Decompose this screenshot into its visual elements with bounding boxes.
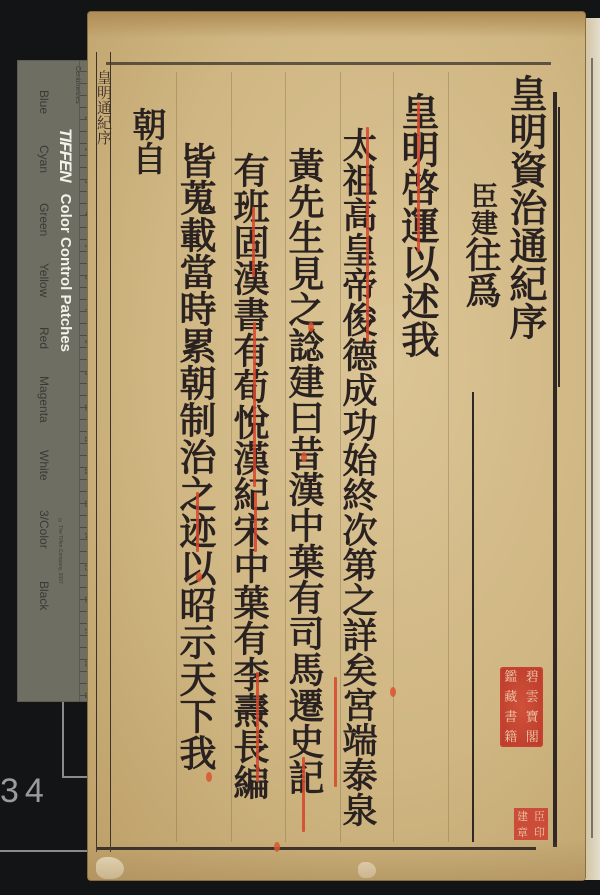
red-annotation-line: [252, 207, 255, 277]
collector-seal-large: 鑑 碧 藏 雲 書 寶 籍 閣: [500, 667, 543, 747]
patch-labels: Blue Cyan Green Yellow Red Magenta White…: [37, 90, 51, 610]
text-column-5: 皆蒐載當時累朝制治之迹以昭示天下我: [176, 142, 213, 771]
spine-column-border: [96, 52, 97, 852]
patch-label-magenta: Magenta: [37, 376, 51, 423]
preface-title: 皇明資治通紀序: [506, 74, 544, 340]
patch-label-blue: Blue: [37, 90, 51, 114]
spine-column-border: [110, 52, 111, 852]
author-name: 往爲: [460, 236, 502, 308]
text-column-4: 有班固漢書有荀悅漢紀宋中葉有李燾長編: [231, 152, 267, 800]
red-punctuation-dot: [274, 842, 280, 852]
red-annotation-line: [253, 322, 256, 487]
red-annotation-line: [417, 102, 420, 252]
seal-char: 印: [531, 824, 548, 840]
seal-char: 臣: [531, 808, 548, 824]
book-page: 皇明通紀序 皇明資治通紀序 臣建往爲 皇明啓運以述我 太祖高皇帝俊德成功始終次第…: [88, 12, 585, 880]
seal-char: 籍: [500, 727, 522, 747]
seal-char: 碧: [522, 667, 544, 687]
red-punctuation-dot: [308, 322, 314, 332]
seal-char: 章: [514, 824, 531, 840]
red-annotation-line: [254, 492, 257, 552]
patch-label-black: Black: [37, 581, 51, 610]
author-prefix: 臣建: [466, 182, 497, 236]
red-annotation-line: [256, 672, 259, 782]
text-column-3: 黃先生見之諗建曰昔漢中葉有司馬遷史記: [286, 147, 322, 795]
red-annotation-line: [196, 492, 199, 552]
mount-frame-line: [0, 850, 90, 852]
patch-label-cyan: Cyan: [37, 145, 51, 173]
column-ruling-dark: [472, 392, 474, 842]
column-ruling: [448, 72, 449, 842]
red-punctuation-dot: [390, 687, 396, 697]
text-column-2: 太祖高皇帝俊德成功始終次第之詳矣宮端泰泉: [340, 127, 375, 827]
red-punctuation-dot: [196, 572, 202, 582]
page-border-right: [553, 92, 557, 847]
paper-damage: [96, 857, 124, 879]
red-punctuation-dot: [301, 452, 307, 462]
plate-number: 34: [0, 772, 50, 811]
seal-char: 雲: [522, 687, 544, 707]
patch-label-red: Red: [37, 327, 51, 349]
red-annotation-line: [334, 677, 337, 787]
brand-title: TIFFEN Color Control Patches: [55, 128, 75, 352]
patch-label-yellow: Yellow: [37, 263, 51, 297]
page-border-top: [106, 62, 551, 65]
patch-label-3color: 3/Color: [37, 510, 51, 549]
tiffen-logo: TIFFEN: [55, 128, 75, 182]
patch-label-green: Green: [37, 203, 51, 236]
product-name: Color Control Patches: [57, 194, 74, 352]
red-annotation-line: [302, 757, 305, 832]
page-border-bottom: [96, 847, 536, 850]
color-control-strip: Centimetres Blue Cyan Green Yellow Red M…: [17, 60, 95, 702]
seal-char: 藏: [500, 687, 522, 707]
text-column-left: 朝自: [122, 107, 171, 175]
red-punctuation-dot: [206, 772, 212, 782]
seal-char: 鑑: [500, 667, 522, 687]
title-column-rule: [558, 107, 560, 387]
mount-frame-line: [62, 700, 64, 776]
column-ruling: [393, 72, 394, 842]
adjacent-page-border: [591, 58, 593, 838]
spine-label: 皇明通紀序: [94, 70, 115, 145]
seal-char: 閣: [522, 727, 544, 747]
red-annotation-line: [366, 127, 369, 342]
author-line: 臣建往爲: [456, 182, 507, 308]
copyright-text: © The Tiffen Company, 2007: [57, 518, 63, 584]
seal-char: 建: [514, 808, 531, 824]
collector-seal-small: 建 臣 章 印: [514, 808, 548, 840]
patch-label-white: White: [37, 450, 51, 481]
paper-damage: [358, 862, 376, 878]
mount-frame-line: [62, 776, 90, 778]
seal-char: 寶: [522, 707, 544, 727]
seal-char: 書: [500, 707, 522, 727]
